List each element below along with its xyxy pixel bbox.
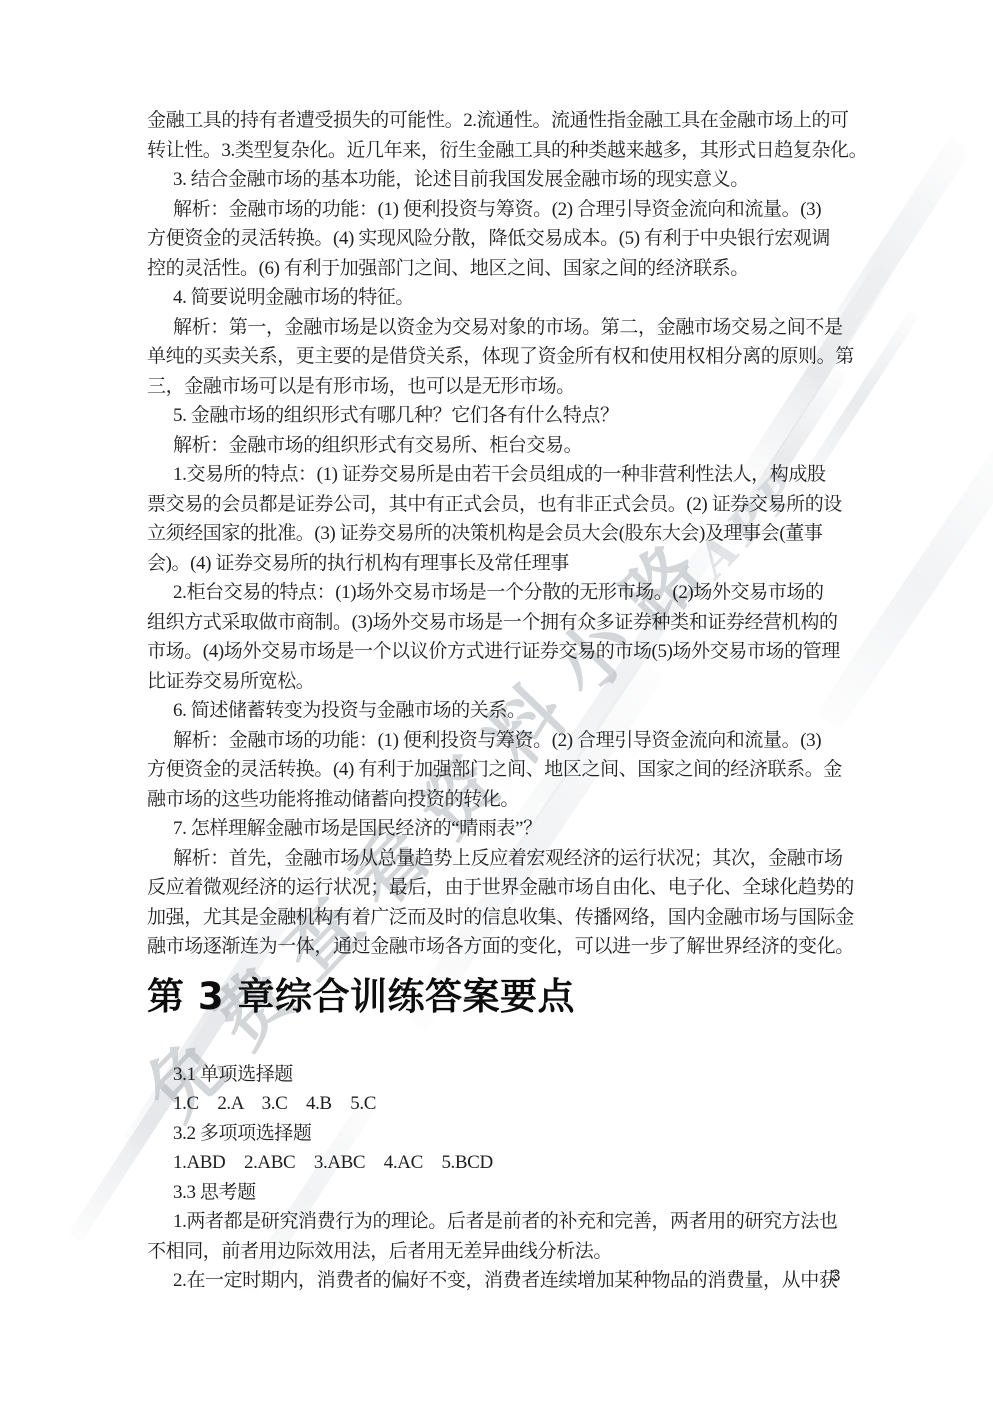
- text-line: 票交易的会员都是证券公司，其中有正式会员，也有非正式会员。(2) 证券交易所的设: [147, 490, 859, 520]
- page-number: 3: [831, 1266, 840, 1286]
- text-line: 反应着微观经济的运行状况；最后，由于世界金融市场自由化、电子化、全球化趋势的: [147, 873, 859, 903]
- text-line: 1.两者都是研究消费行为的理论。后者是前者的补充和完善，两者用的研究方法也: [147, 1207, 859, 1237]
- text-line: 三，金融市场可以是有形市场，也可以是无形市场。: [147, 372, 859, 402]
- text-line: 不相同，前者用边际效用法，后者用无差异曲线分析法。: [147, 1237, 859, 1267]
- text-line: 方便资金的灵活转换。(4) 实现风险分散，降低交易成本。(5) 有利于中央银行宏…: [147, 224, 859, 254]
- text-line: 1.C 2.A 3.C 4.B 5.C: [147, 1089, 859, 1119]
- text-line: 组织方式采取做市商制。(3)场外交易市场是一个拥有众多证券种类和证券经营机构的: [147, 608, 859, 638]
- text-line: 3.1 单项选择题: [147, 1060, 859, 1090]
- text-line: 3.2 多项项选择题: [147, 1119, 859, 1149]
- text-line: 解析：金融市场的功能：(1) 便利投资与筹资。(2) 合理引导资金流向和流量。(…: [147, 726, 859, 756]
- text-line: 2.在一定时期内，消费者的偏好不变，消费者连续增加某种物品的消费量，从中获: [147, 1266, 859, 1296]
- text-line: 融市场逐渐连为一体，通过金融市场各方面的变化，可以进一步了解世界经济的变化。: [147, 932, 859, 962]
- text-line: 比证券交易所宽松。: [147, 667, 859, 697]
- text-line: 5. 金融市场的组织形式有哪几种？它们各有什么特点？: [147, 401, 859, 431]
- text-line: 1.交易所的特点：(1) 证券交易所是由若干会员组成的一种非营利性法人，构成股: [147, 460, 859, 490]
- text-line: 解析：金融市场的功能：(1) 便利投资与筹资。(2) 合理引导资金流向和流量。(…: [147, 195, 859, 225]
- text-line: 解析：第一，金融市场是以资金为交易对象的市场。第二，金融市场交易之间不是: [147, 313, 859, 343]
- text-line: 7. 怎样理解金融市场是国民经济的“晴雨表”？: [147, 814, 859, 844]
- text-line: 市场。(4)场外交易市场是一个以议价方式进行证券交易的市场(5)场外交易市场的管…: [147, 637, 859, 667]
- text-line: 加强，尤其是金融机构有着广泛而及时的信息收集、传播网络，国内金融市场与国际金: [147, 903, 859, 933]
- content-column: 金融工具的持有者遭受损失的可能性。2.流通性。流通性指金融工具在金融市场上的可转…: [147, 106, 859, 1296]
- text-line: 3. 结合金融市场的基本功能，论述目前我国发展金融市场的现实意义。: [147, 165, 859, 195]
- text-line: 6. 简述储蓄转变为投资与金融市场的关系。: [147, 696, 859, 726]
- text-line: 1.ABD 2.ABC 3.ABC 4.AC 5.BCD: [147, 1148, 859, 1178]
- text-line: 立须经国家的批准。(3) 证券交易所的决策机构是会员大会(股东大会)及理事会(董…: [147, 519, 859, 549]
- text-line: 转让性。3.类型复杂化。近几年来，衍生金融工具的种类越来越多，其形式日趋复杂化。: [147, 136, 859, 166]
- text-line: 解析：金融市场的组织形式有交易所、柜台交易。: [147, 431, 859, 461]
- body-text-block: 金融工具的持有者遭受损失的可能性。2.流通性。流通性指金融工具在金融市场上的可转…: [147, 106, 859, 962]
- text-line: 4. 简要说明金融市场的特征。: [147, 283, 859, 313]
- text-line: 融市场的这些功能将推动储蓄向投资的转化。: [147, 785, 859, 815]
- document-page: 免费查看资料小路 APP 金融工具的持有者遭受损失的可能性。2.流通性。流通性指…: [0, 0, 993, 1404]
- answers-block: 3.1 单项选择题1.C 2.A 3.C 4.B 5.C3.2 多项项选择题1.…: [147, 1060, 859, 1296]
- text-line: 方便资金的灵活转换。(4) 有利于加强部门之间、地区之间、国家之间的经济联系。金: [147, 755, 859, 785]
- text-line: 会)。(4) 证券交易所的执行机构有理事长及常任理事: [147, 549, 859, 579]
- chapter-heading: 第 3 章综合训练答案要点: [147, 974, 859, 1020]
- text-line: 金融工具的持有者遭受损失的可能性。2.流通性。流通性指金融工具在金融市场上的可: [147, 106, 859, 136]
- text-line: 控的灵活性。(6) 有利于加强部门之间、地区之间、国家之间的经济联系。: [147, 254, 859, 284]
- text-line: 3.3 思考题: [147, 1178, 859, 1208]
- text-line: 单纯的买卖关系，更主要的是借贷关系，体现了资金所有权和使用权相分离的原则。第: [147, 342, 859, 372]
- text-line: 2.柜台交易的特点：(1)场外交易市场是一个分散的无形市场。(2)场外交易市场的: [147, 578, 859, 608]
- text-line: 解析：首先，金融市场从总量趋势上反应着宏观经济的运行状况；其次，金融市场: [147, 844, 859, 874]
